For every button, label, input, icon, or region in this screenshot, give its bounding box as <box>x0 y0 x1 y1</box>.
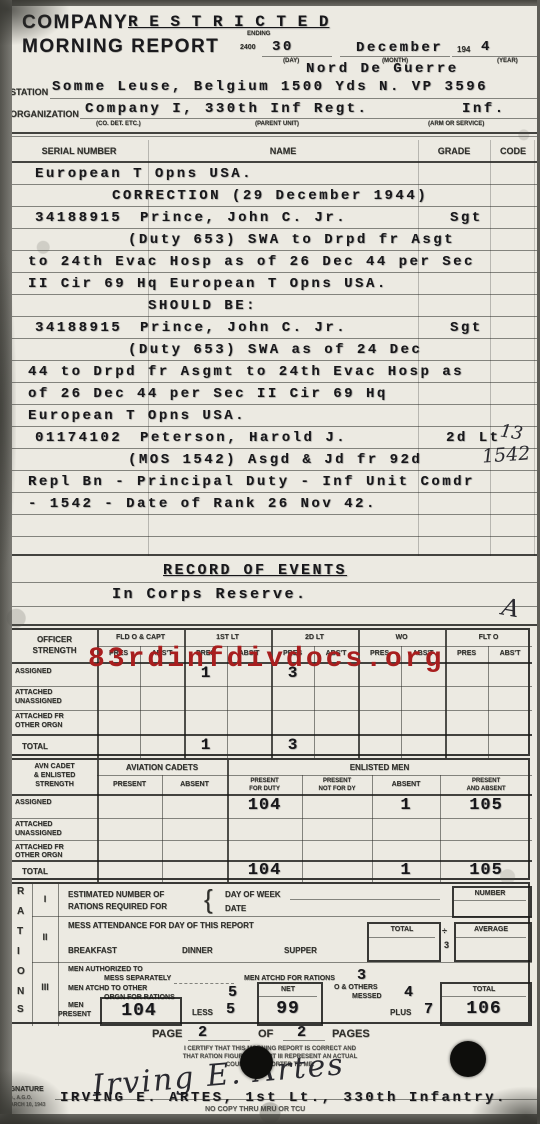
pages-total: 2 <box>297 1024 309 1041</box>
row-label-attached-unassigned: UNASSIGNED <box>15 698 62 705</box>
row-label-attached-unassigned: UNASSIGNED <box>15 830 62 837</box>
mess-separately-label: MESS SEPARATELY <box>104 975 171 982</box>
rule-line <box>262 56 332 57</box>
rule-line <box>8 514 537 515</box>
rule-line <box>8 536 537 537</box>
assigned-absent: 1 <box>372 796 440 815</box>
fill-in-line <box>188 1040 250 1041</box>
roster-serial: 34188915 <box>35 320 122 336</box>
net-box: NET 99 <box>257 982 323 1026</box>
grid-reference: Nord De Guerre <box>306 61 459 77</box>
plus-label: PLUS <box>390 1008 411 1017</box>
grid-line <box>12 840 532 841</box>
row-label-attached-fr-other: ATTACHED FR <box>15 713 64 720</box>
cadet-strength-header: AVN CADET <box>12 763 97 770</box>
roster-entry: (Duty 653) SWA to Drpd fr Asgt <box>128 232 455 248</box>
archive-watermark: 83rdinfdivdocs.org <box>88 644 444 675</box>
rule-line <box>8 404 537 405</box>
total-present-for-duty: 104 <box>227 861 302 880</box>
total-1st-lt-pres: 1 <box>184 736 227 754</box>
rations-total-value: 106 <box>442 999 526 1019</box>
breakfast-label: BREAKFAST <box>68 946 117 955</box>
rations-total-label: TOTAL <box>442 986 526 993</box>
plus-value: 7 <box>424 1001 436 1018</box>
grid-line <box>12 710 532 711</box>
assigned-present-for-duty: 104 <box>227 796 302 815</box>
sub-header-present-not-for-dy: NOT FOR DY <box>302 786 372 792</box>
roster-entry: European T Opns USA. <box>28 408 246 424</box>
divisor: 3 <box>444 940 449 950</box>
report-year: 4 <box>481 39 492 55</box>
row-label-attached-fr-other: OTHER ORGN <box>15 722 62 729</box>
men-authorized-label: MEN AUTHORIZED TO <box>68 966 143 973</box>
typed-signature-name: IRVING E. ARTES, 1st Lt., 330th Infantry… <box>60 1090 507 1106</box>
o-and-others-label: O & OTHERS <box>334 984 378 991</box>
punch-hole <box>450 1041 486 1077</box>
rule-line <box>8 492 537 493</box>
grid-line <box>162 775 163 882</box>
roster-entry: (Duty 653) SWA as of 24 Dec <box>128 342 422 358</box>
ending-label: ENDING <box>247 31 270 37</box>
grid-line <box>369 937 435 938</box>
group-header-1st-lt: 1ST LT <box>184 634 271 641</box>
group-header-aviation-cadets: AVIATION CADETS <box>97 763 227 772</box>
org-sublabel-arm: (ARM OR SERVICE) <box>428 121 484 127</box>
rule-line <box>8 582 537 583</box>
rations-vertical-label: A <box>17 906 24 917</box>
form-edition-note: MARCH 10, 1943 <box>6 1102 45 1108</box>
rule-line <box>8 316 537 317</box>
total-2d-lt-pres: 3 <box>271 736 314 754</box>
rule-line <box>452 56 537 57</box>
mess-total-label: TOTAL <box>369 926 435 933</box>
total-present-and-absent: 105 <box>440 861 532 880</box>
roster-name: Prince, John C. Jr. <box>140 210 347 226</box>
men-atchd-rations-label: MEN ATCHD FOR RATIONS <box>244 975 335 982</box>
row-label-total: TOTAL <box>22 742 48 751</box>
scan-edge <box>0 1114 540 1124</box>
rule-line <box>8 448 537 449</box>
roster-serial: 34188915 <box>35 210 122 226</box>
ending-time: 2400 <box>240 44 256 51</box>
handwritten-code: 13 <box>499 421 525 445</box>
page-label: PAGE <box>152 1028 182 1040</box>
group-header-enlisted-men: ENLISTED MEN <box>227 763 532 772</box>
organization-label: ORGANIZATION <box>10 109 79 119</box>
sub-header-absent: ABSENT <box>162 781 227 788</box>
o-and-others-value: 4 <box>404 984 416 1001</box>
men-present-value: 104 <box>102 1001 176 1021</box>
rule-line <box>8 606 537 607</box>
rule-line <box>8 426 537 427</box>
sub-header-present-for-duty: FOR DUTY <box>227 786 302 792</box>
row-label-assigned: ASSIGNED <box>15 668 52 675</box>
year-sublabel: (YEAR) <box>497 58 518 64</box>
roster-entry: 44 to Drpd fr Asgmt to 24th Evac Hosp as <box>28 364 464 380</box>
arm-of-service-value: Inf. <box>462 101 506 117</box>
roster-grade: Sgt <box>450 320 483 336</box>
day-sublabel: (DAY) <box>283 58 299 64</box>
rations-row3-numeral: III <box>32 982 58 992</box>
net-box-label: NET <box>259 986 317 993</box>
station-value: Somme Leuse, Belgium 1500 Yds N. VP 3596 <box>52 79 488 95</box>
row-label-attached-unassigned: ATTACHED <box>15 689 52 696</box>
men-present-label: MEN <box>68 1002 84 1009</box>
col-header-serial: SERIAL NUMBER <box>10 146 148 156</box>
sub-header-abst: ABS'T <box>488 650 532 657</box>
roster-entry: (MOS 1542) Asgd & Jd fr 92d <box>128 452 422 468</box>
group-header-2d-lt: 2D LT <box>271 634 358 641</box>
handwritten-code: 1542 <box>481 442 531 467</box>
roster-entry: SHOULD BE: <box>148 298 257 314</box>
fill-in-line <box>174 983 234 984</box>
fill-in-line <box>290 899 440 900</box>
form-edition-note: W.D., A.G.O. <box>3 1095 32 1101</box>
rule-line <box>8 382 537 383</box>
roster-serial: 01174102 <box>35 430 122 446</box>
cadet-strength-header: STRENGTH <box>12 781 97 788</box>
of-label: OF <box>258 1028 273 1040</box>
officer-strength-header: STRENGTH <box>12 646 97 655</box>
form-title-line1: COMPANY <box>22 12 128 34</box>
day-of-week-label: DAY OF WEEK <box>225 890 281 899</box>
grid-line <box>32 884 33 1026</box>
rations-vertical-label: S <box>17 1004 24 1015</box>
grid-line <box>12 686 532 687</box>
less-label: LESS <box>192 1008 213 1017</box>
officer-strength-header: OFFICER <box>12 635 97 644</box>
rule-line <box>8 360 537 361</box>
grid-line <box>58 884 59 1026</box>
number-box-label: NUMBER <box>454 890 526 897</box>
pages-label: PAGES <box>332 1028 370 1040</box>
roster-name: Prince, John C. Jr. <box>140 320 347 336</box>
net-value: 99 <box>259 999 317 1019</box>
classification-stamp: R E S T R I C T E D <box>128 13 329 31</box>
rations-vertical-label: R <box>17 886 24 897</box>
org-sublabel-unit: (CO. DET. ETC.) <box>96 121 141 127</box>
rule-line <box>8 206 537 207</box>
rule-line <box>8 470 537 471</box>
sub-header-present-and-absent: AND ABSENT <box>440 786 532 792</box>
year-prefix: 194 <box>457 45 470 54</box>
page-number: 2 <box>198 1024 210 1041</box>
mess-attendance-label: MESS ATTENDANCE FOR DAY OF THIS REPORT <box>68 921 254 930</box>
grid-line <box>454 900 526 901</box>
row-label-total: TOTAL <box>22 867 48 876</box>
rule-line <box>8 294 537 295</box>
brace-glyph: { <box>204 884 213 915</box>
rations-estimated-label: ESTIMATED NUMBER OF <box>68 890 164 899</box>
roster-entry: Repl Bn - Principal Duty - Inf Unit Comd… <box>28 474 475 490</box>
rule-line <box>340 56 450 57</box>
assigned-present-and-absent: 105 <box>440 796 532 815</box>
divide-sign: ÷ <box>442 926 447 936</box>
col-header-grade: GRADE <box>418 146 490 156</box>
rations-vertical-label: I <box>17 946 20 957</box>
rations-vertical-label: O <box>17 966 25 977</box>
grid-line <box>456 937 526 938</box>
certification-text: I CERTIFY THAT THIS MORNING REPORT IS CO… <box>110 1046 430 1052</box>
row-label-attached-fr-other: OTHER ORGN <box>15 852 62 859</box>
rule-line <box>55 1099 537 1100</box>
rule-line <box>50 98 537 99</box>
signature-label: SIGNATURE <box>3 1086 44 1093</box>
roster-entry: II Cir 69 Hq European T Opns USA. <box>28 276 388 292</box>
men-atchd-rations-value: 3 <box>357 967 369 984</box>
station-label: STATION <box>10 87 48 97</box>
no-copy-note: NO COPY THRU MRU OR TCU <box>205 1106 305 1113</box>
scanned-morning-report: COMPANY R E S T R I C T E D MORNING REPO… <box>0 0 540 1124</box>
record-of-events-entry: In Corps Reserve. <box>112 586 308 603</box>
rule-line <box>8 228 537 229</box>
group-header-fld-o-capt: FLD O & CAPT <box>97 634 184 641</box>
rations-estimated-label: RATIONS REQUIRED FOR <box>68 902 167 911</box>
average-box: AVERAGE <box>454 922 532 962</box>
sub-header-present-not-for-dy: PRESENT <box>302 778 372 784</box>
grid-line <box>97 760 99 882</box>
cadet-strength-header: & ENLISTED <box>12 772 97 779</box>
rations-total-box: TOTAL 106 <box>440 982 532 1026</box>
men-present-label: PRESENT <box>58 1011 91 1018</box>
less-value: 5 <box>226 1001 238 1018</box>
section-divider <box>8 132 537 134</box>
col-header-name: NAME <box>148 146 418 156</box>
group-header-wo: WO <box>358 634 445 641</box>
sub-header-present: PRESENT <box>97 781 162 788</box>
rule-line <box>80 118 537 119</box>
sub-header-pres: PRES <box>445 650 488 657</box>
supper-label: SUPPER <box>284 946 317 955</box>
report-month: December <box>356 40 443 56</box>
report-day: 30 <box>272 39 294 55</box>
average-box-label: AVERAGE <box>456 926 526 933</box>
rations-row1-numeral: I <box>32 894 58 904</box>
roster-entry: - 1542 - Date of Rank 26 Nov 42. <box>28 496 377 512</box>
punch-hole <box>240 1046 273 1079</box>
organization-value: Company I, 330th Inf Regt. <box>85 101 368 117</box>
messed-label: MESSED <box>352 993 382 1000</box>
fill-in-line <box>283 1040 325 1041</box>
rule-line <box>8 338 537 339</box>
section-divider <box>8 554 537 556</box>
col-header-code: CODE <box>490 146 536 156</box>
rations-section: R A T I O N S I II III ESTIMATED NUMBER … <box>10 882 530 1024</box>
rule-line <box>8 161 537 163</box>
form-title-line2: MORNING REPORT <box>22 36 219 58</box>
rule-line <box>8 184 537 185</box>
roster-entry: CORRECTION (29 December 1944) <box>112 188 428 204</box>
grid-line <box>259 996 317 997</box>
sub-header-absent: ABSENT <box>372 781 440 788</box>
column-line <box>490 140 491 556</box>
rations-vertical-label: T <box>17 926 23 937</box>
sub-header-present-for-duty: PRESENT <box>227 778 302 784</box>
atchd-other-orgn-label: MEN ATCHD TO OTHER <box>68 985 147 992</box>
total-absent: 1 <box>372 861 440 880</box>
mess-total-box: TOTAL <box>367 922 441 962</box>
roster-name: Peterson, Harold J. <box>140 430 347 446</box>
grid-line <box>12 818 532 819</box>
row-label-assigned: ASSIGNED <box>15 799 52 806</box>
group-header-flt-o: FLT O <box>445 634 532 641</box>
rations-vertical-label: N <box>17 986 24 997</box>
roster-entry: to 24th Evac Hosp as of 26 Dec 44 per Se… <box>28 254 475 270</box>
record-of-events-title: RECORD OF EVENTS <box>163 562 347 579</box>
row-label-attached-unassigned: ATTACHED <box>15 821 52 828</box>
rule-line <box>8 250 537 251</box>
dinner-label: DINNER <box>182 946 213 955</box>
number-box: NUMBER <box>452 886 532 918</box>
grid-line <box>32 962 532 963</box>
org-sublabel-parent: (PARENT UNIT) <box>255 121 299 127</box>
section-divider <box>8 136 537 137</box>
rations-row2-numeral: II <box>32 932 58 942</box>
atchd-other-orgn-value: 5 <box>228 984 240 1001</box>
enlisted-strength-table: AVN CADET & ENLISTED STRENGTH AVIATION C… <box>10 758 530 880</box>
roster-entry: of 26 Dec 44 per Sec II Cir 69 Hq <box>28 386 388 402</box>
roster-entry: European T Opns USA. <box>35 166 253 182</box>
roster-grade: Sgt <box>450 210 483 226</box>
rule-line <box>8 272 537 273</box>
column-line <box>534 140 535 556</box>
grid-line <box>97 775 532 776</box>
roster-grade: 2d Lt <box>446 430 501 446</box>
men-present-box: 104 <box>100 997 182 1026</box>
row-label-attached-fr-other: ATTACHED FR <box>15 844 64 851</box>
section-divider <box>8 624 537 626</box>
date-label: DATE <box>225 904 246 913</box>
grid-line <box>442 996 526 997</box>
sub-header-present-and-absent: PRESENT <box>440 778 532 784</box>
